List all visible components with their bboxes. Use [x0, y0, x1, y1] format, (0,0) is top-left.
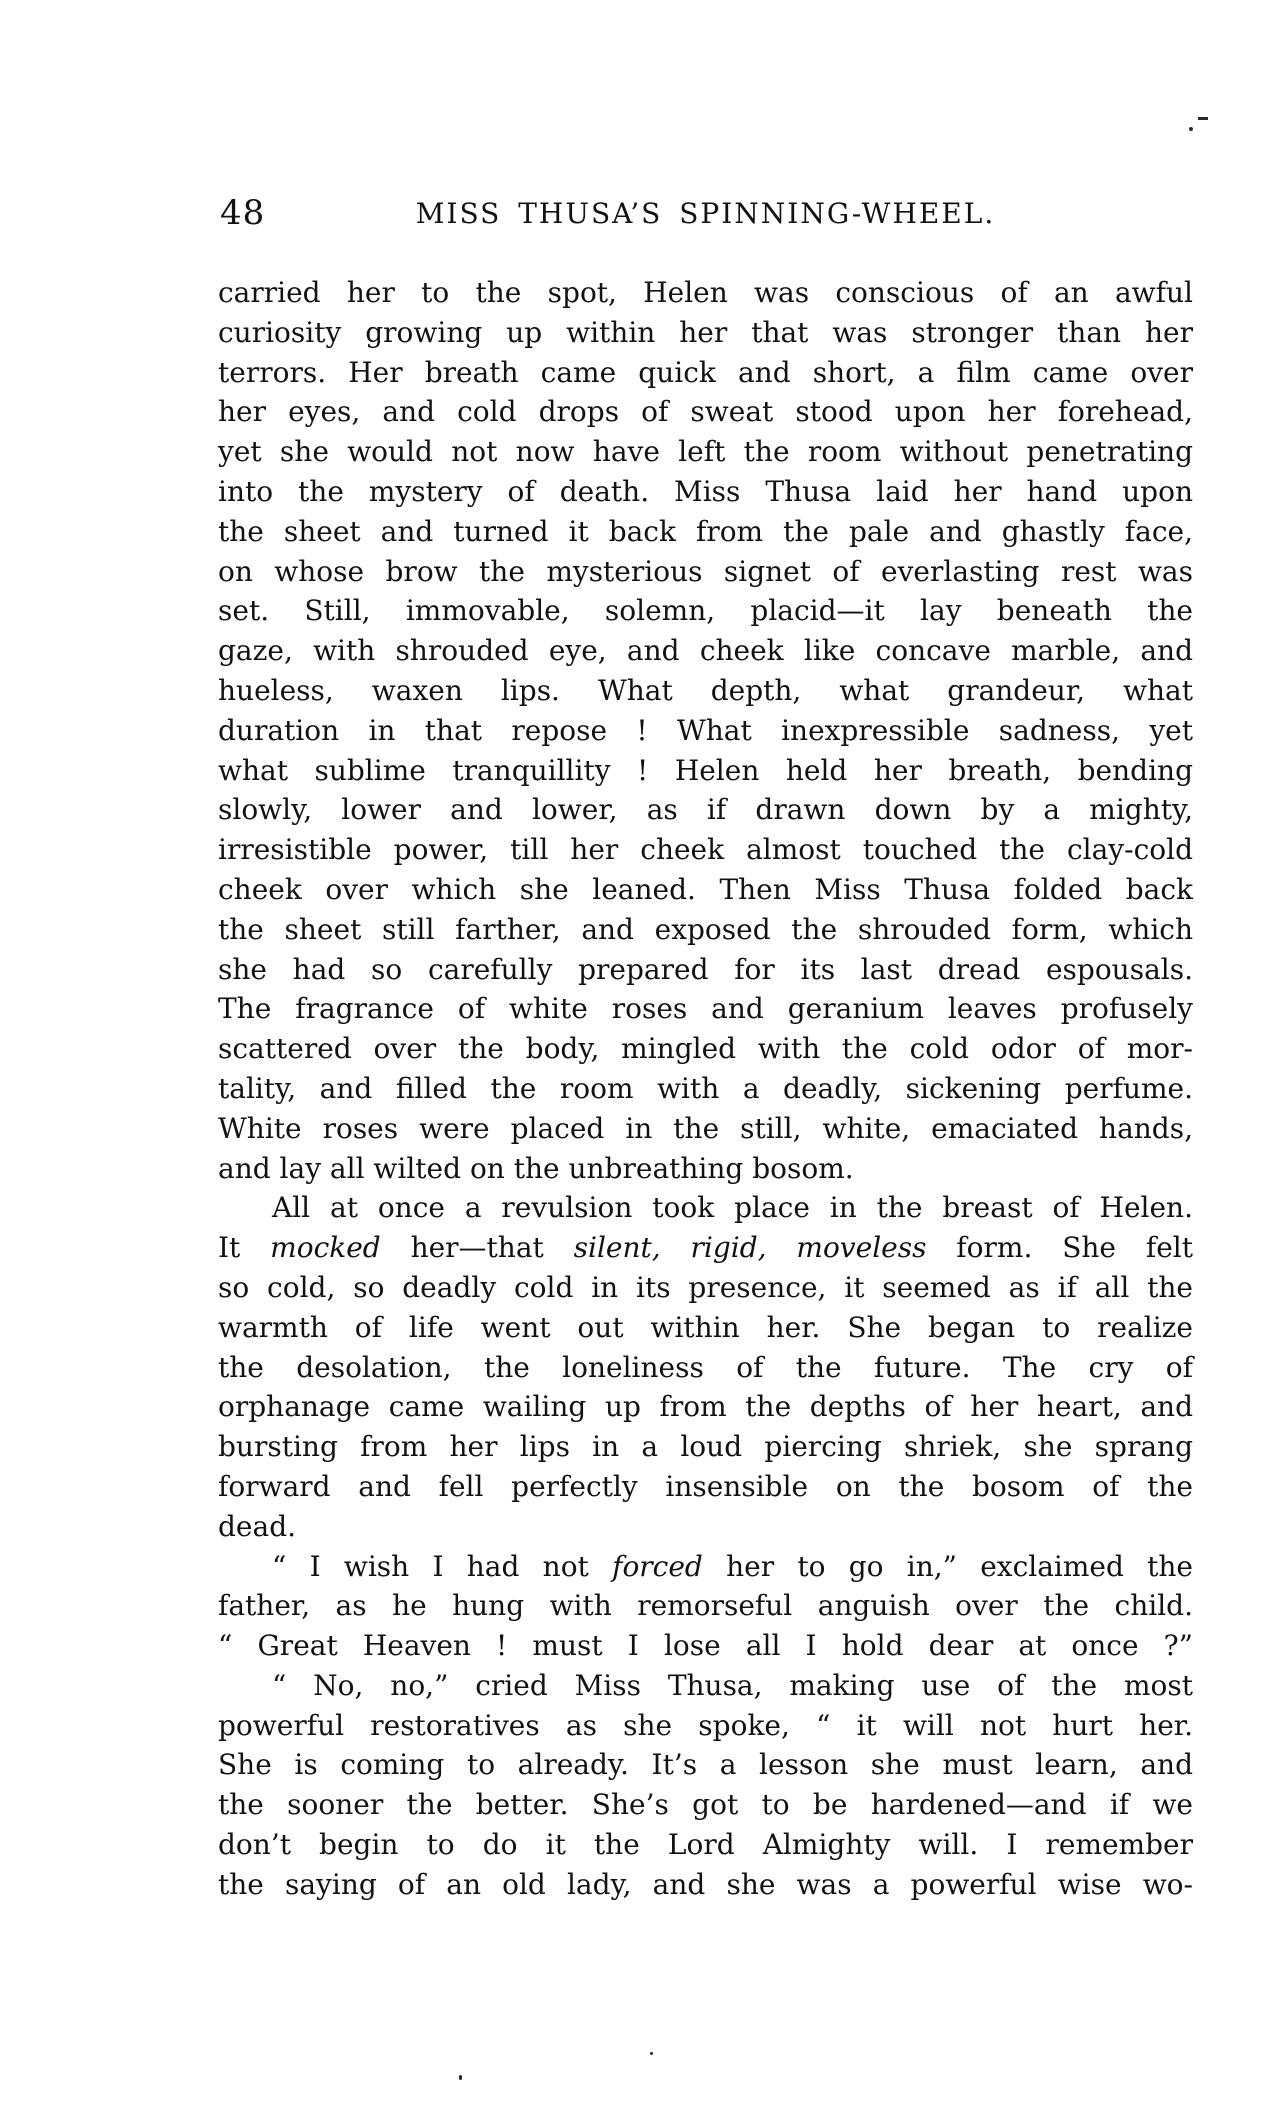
- text-line: irresistible power, till her cheek almos…: [218, 830, 1193, 870]
- text-line: bursting from her lips in a loud piercin…: [218, 1427, 1193, 1467]
- text-segment: gaze, with shrouded eye, and cheek like …: [218, 634, 1193, 667]
- text-line: father, as he hung with remorseful angui…: [218, 1586, 1193, 1626]
- text-line: “ I wish I had not forced her to go in,”…: [218, 1547, 1193, 1587]
- scan-artifact-dash: [1198, 117, 1208, 120]
- text-line: her eyes, and cold drops of sweat stood …: [218, 392, 1193, 432]
- text-line: She is coming to already. It’s a lesson …: [218, 1745, 1193, 1785]
- text-segment: and lay all wilted on the unbreathing bo…: [218, 1152, 854, 1185]
- text-segment: the sooner the better. She’s got to be h…: [218, 1788, 1193, 1821]
- text-segment: “ Great Heaven ! must I lose all I hold …: [218, 1629, 1193, 1662]
- text-segment: her—that: [381, 1231, 574, 1264]
- italic-text: forced: [612, 1550, 703, 1583]
- text-segment: father, as he hung with remorseful angui…: [218, 1589, 1193, 1622]
- text-segment: the sheet and turned it back from the pa…: [218, 515, 1193, 548]
- text-line: and lay all wilted on the unbreathing bo…: [218, 1149, 1193, 1189]
- text-line: yet she would not now have left the room…: [218, 432, 1193, 472]
- text-line: All at once a revulsion took place in th…: [218, 1188, 1193, 1228]
- text-line: It mocked her—that silent, rigid, movele…: [218, 1228, 1193, 1268]
- text-line: set. Still, immovable, solemn, placid—it…: [218, 591, 1193, 631]
- page-number: 48: [220, 193, 265, 233]
- text-segment: tality, and filled the room with a deadl…: [218, 1072, 1193, 1105]
- text-segment: don’t begin to do it the Lord Almighty w…: [218, 1828, 1193, 1861]
- text-line: what sublime tranquillity ! Helen held h…: [218, 751, 1193, 791]
- text-line: hueless, waxen lips. What depth, what gr…: [218, 671, 1193, 711]
- scan-artifact-dot: [650, 2052, 653, 2055]
- text-segment: form. She felt: [926, 1231, 1193, 1264]
- text-line: so cold, so deadly cold in its presence,…: [218, 1268, 1193, 1308]
- text-segment: terrors. Her breath came quick and short…: [218, 356, 1193, 389]
- text-segment: duration in that repose ! What inexpress…: [218, 714, 1193, 747]
- text-segment: forward and fell perfectly insensible on…: [218, 1470, 1193, 1503]
- text-line: forward and fell perfectly insensible on…: [218, 1467, 1193, 1507]
- text-line: the sooner the better. She’s got to be h…: [218, 1785, 1193, 1825]
- text-line: The fragrance of white roses and geraniu…: [218, 989, 1193, 1029]
- text-segment: yet she would not now have left the room…: [218, 435, 1193, 468]
- text-line: the saying of an old lady, and she was a…: [218, 1865, 1193, 1905]
- scan-artifact-dot: [1189, 127, 1193, 131]
- text-line: curiosity growing up within her that was…: [218, 313, 1193, 353]
- italic-text: silent, rigid, moveless: [574, 1231, 927, 1264]
- text-segment: slowly, lower and lower, as if drawn dow…: [218, 793, 1193, 826]
- text-line: cheek over which she leaned. Then Miss T…: [218, 870, 1193, 910]
- text-line: orphanage came wailing up from the depth…: [218, 1387, 1193, 1427]
- text-segment: curiosity growing up within her that was…: [218, 316, 1193, 349]
- text-segment: so cold, so deadly cold in its presence,…: [218, 1271, 1193, 1304]
- text-segment: bursting from her lips in a loud piercin…: [218, 1430, 1193, 1463]
- text-line: “ Great Heaven ! must I lose all I hold …: [218, 1626, 1193, 1666]
- book-page: 48 MISS THUSA’S SPINNING-WHEEL. carried …: [0, 0, 1272, 2116]
- text-line: terrors. Her breath came quick and short…: [218, 353, 1193, 393]
- text-segment: The fragrance of white roses and geraniu…: [218, 992, 1193, 1025]
- text-segment: She is coming to already. It’s a lesson …: [218, 1748, 1193, 1781]
- text-segment: her eyes, and cold drops of sweat stood …: [218, 395, 1193, 428]
- text-segment: “ No, no,” cried Miss Thusa, making use …: [272, 1669, 1193, 1702]
- text-line: slowly, lower and lower, as if drawn dow…: [218, 790, 1193, 830]
- text-line: scattered over the body, mingled with th…: [218, 1029, 1193, 1069]
- text-segment: irresistible power, till her cheek almos…: [218, 833, 1193, 866]
- text-line: carried her to the spot, Helen was consc…: [218, 273, 1193, 313]
- text-line: don’t begin to do it the Lord Almighty w…: [218, 1825, 1193, 1865]
- text-line: dead.: [218, 1507, 1193, 1547]
- running-title: MISS THUSA’S SPINNING-WHEEL.: [218, 193, 1193, 230]
- text-line: warmth of life went out within her. She …: [218, 1308, 1193, 1348]
- text-segment: she had so carefully prepared for its la…: [218, 953, 1193, 986]
- text-line: the desolation, the loneliness of the fu…: [218, 1348, 1193, 1388]
- scan-artifact-dot: [459, 2075, 462, 2080]
- text-line: the sheet still farther, and exposed the…: [218, 910, 1193, 950]
- text-line: powerful restoratives as she spoke, “ it…: [218, 1706, 1193, 1746]
- text-segment: the desolation, the loneliness of the fu…: [218, 1351, 1193, 1384]
- text-segment: It: [218, 1231, 270, 1264]
- text-line: tality, and filled the room with a deadl…: [218, 1069, 1193, 1109]
- text-line: White roses were placed in the still, wh…: [218, 1109, 1193, 1149]
- text-segment: “ I wish I had not: [272, 1550, 612, 1583]
- text-segment: the sheet still farther, and exposed the…: [218, 913, 1193, 946]
- text-line: duration in that repose ! What inexpress…: [218, 711, 1193, 751]
- text-segment: the saying of an old lady, and she was a…: [218, 1868, 1193, 1901]
- text-segment: on whose brow the mysterious signet of e…: [218, 555, 1193, 588]
- text-line: she had so carefully prepared for its la…: [218, 950, 1193, 990]
- text-segment: carried her to the spot, Helen was consc…: [218, 276, 1193, 309]
- text-line: on whose brow the mysterious signet of e…: [218, 552, 1193, 592]
- text-line: into the mystery of death. Miss Thusa la…: [218, 472, 1193, 512]
- body-text: carried her to the spot, Helen was consc…: [218, 273, 1193, 1905]
- text-segment: All at once a revulsion took place in th…: [272, 1191, 1193, 1224]
- text-segment: into the mystery of death. Miss Thusa la…: [218, 475, 1193, 508]
- text-segment: orphanage came wailing up from the depth…: [218, 1390, 1193, 1423]
- italic-text: mocked: [270, 1231, 381, 1264]
- text-line: gaze, with shrouded eye, and cheek like …: [218, 631, 1193, 671]
- text-segment: dead.: [218, 1510, 296, 1543]
- text-segment: set. Still, immovable, solemn, placid—it…: [218, 594, 1193, 627]
- text-line: the sheet and turned it back from the pa…: [218, 512, 1193, 552]
- text-segment: what sublime tranquillity ! Helen held h…: [218, 754, 1193, 787]
- text-line: “ No, no,” cried Miss Thusa, making use …: [218, 1666, 1193, 1706]
- text-segment: scattered over the body, mingled with th…: [218, 1032, 1193, 1065]
- text-segment: warmth of life went out within her. She …: [218, 1311, 1193, 1344]
- running-head: 48 MISS THUSA’S SPINNING-WHEEL.: [218, 193, 1193, 233]
- text-segment: White roses were placed in the still, wh…: [218, 1112, 1193, 1145]
- text-segment: cheek over which she leaned. Then Miss T…: [218, 873, 1193, 906]
- text-segment: hueless, waxen lips. What depth, what gr…: [218, 674, 1193, 707]
- text-segment: her to go in,” exclaimed the: [703, 1550, 1193, 1583]
- text-segment: powerful restoratives as she spoke, “ it…: [218, 1709, 1193, 1742]
